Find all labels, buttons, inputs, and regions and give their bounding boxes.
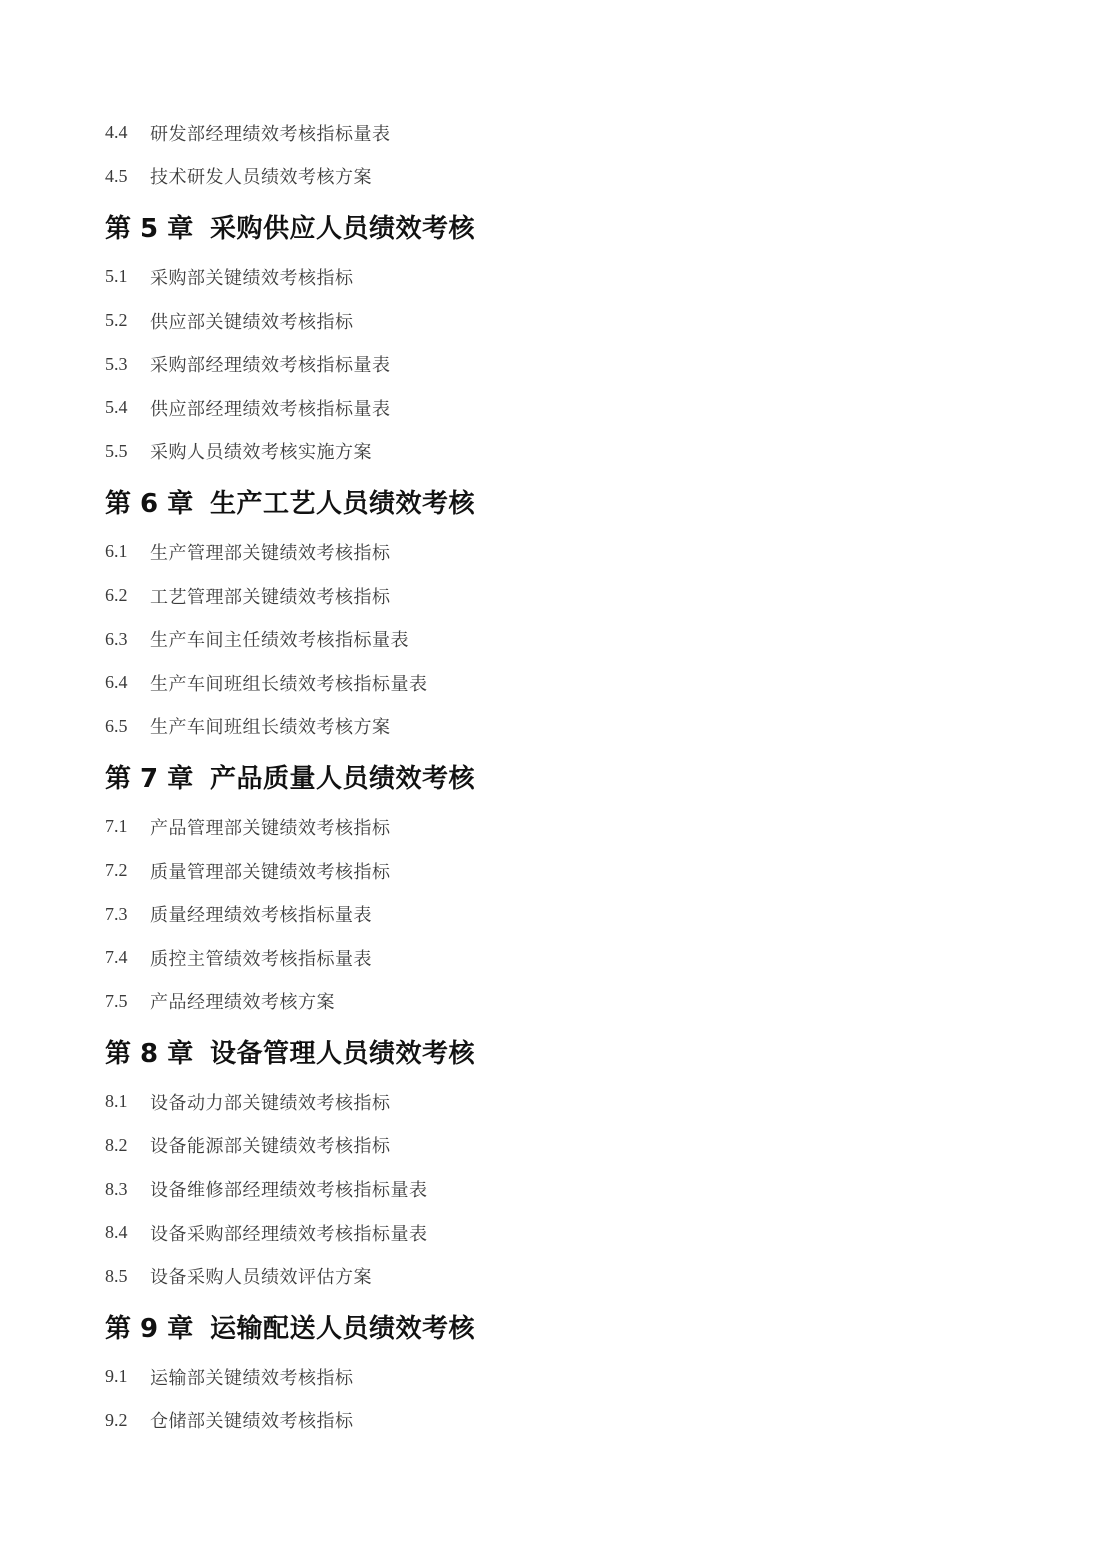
chapter-heading-9[interactable]: 第 9 章运输配送人员绩效考核	[105, 1298, 1005, 1355]
toc-item-6-5[interactable]: 6.5生产车间班组长绩效考核方案	[105, 705, 1005, 749]
toc-item-7-1[interactable]: 7.1产品管理部关键绩效考核指标	[105, 805, 1005, 849]
chapter-title: 产品质量人员绩效考核	[210, 758, 475, 795]
toc-item-6-4[interactable]: 6.4生产车间班组长绩效考核指标量表	[105, 661, 1005, 705]
chapter-number: 第 6 章	[105, 483, 210, 520]
toc-item-6-2[interactable]: 6.2工艺管理部关键绩效考核指标	[105, 574, 1005, 618]
item-number: 5.4	[105, 397, 150, 418]
chapter-number: 第 7 章	[105, 758, 210, 795]
item-number: 7.1	[105, 816, 150, 837]
item-title: 设备动力部关键绩效考核指标	[150, 1089, 391, 1115]
table-of-contents: 4.4研发部经理绩效考核指标量表 4.5技术研发人员绩效考核方案 第 5 章采购…	[105, 111, 1005, 1442]
chapter-title: 生产工艺人员绩效考核	[210, 483, 475, 520]
toc-item-7-5[interactable]: 7.5产品经理绩效考核方案	[105, 980, 1005, 1024]
toc-item-5-5[interactable]: 5.5采购人员绩效考核实施方案	[105, 430, 1005, 474]
chapter-heading-6[interactable]: 第 6 章生产工艺人员绩效考核	[105, 473, 1005, 530]
item-number: 7.2	[105, 860, 150, 881]
item-number: 6.5	[105, 716, 150, 737]
item-number: 8.3	[105, 1179, 150, 1200]
toc-item-7-3[interactable]: 7.3质量经理绩效考核指标量表	[105, 892, 1005, 936]
item-title: 生产车间主任绩效考核指标量表	[150, 626, 409, 652]
chapter-title: 设备管理人员绩效考核	[210, 1033, 475, 1070]
toc-item-8-1[interactable]: 8.1设备动力部关键绩效考核指标	[105, 1080, 1005, 1124]
toc-item-7-4[interactable]: 7.4质控主管绩效考核指标量表	[105, 936, 1005, 980]
item-title: 运输部关键绩效考核指标	[150, 1364, 354, 1390]
item-title: 采购部关键绩效考核指标	[150, 264, 354, 290]
chapter-title: 采购供应人员绩效考核	[210, 208, 475, 245]
toc-item-9-1[interactable]: 9.1运输部关键绩效考核指标	[105, 1355, 1005, 1399]
item-title: 质控主管绩效考核指标量表	[150, 945, 372, 971]
toc-item-5-4[interactable]: 5.4供应部经理绩效考核指标量表	[105, 386, 1005, 430]
item-number: 7.3	[105, 904, 150, 925]
item-number: 5.1	[105, 266, 150, 287]
item-title: 质量经理绩效考核指标量表	[150, 901, 372, 927]
item-number: 9.2	[105, 1410, 150, 1431]
toc-item-6-1[interactable]: 6.1生产管理部关键绩效考核指标	[105, 530, 1005, 574]
item-number: 5.3	[105, 354, 150, 375]
item-number: 7.5	[105, 991, 150, 1012]
toc-item-8-2[interactable]: 8.2设备能源部关键绩效考核指标	[105, 1124, 1005, 1168]
item-title: 生产车间班组长绩效考核指标量表	[150, 670, 428, 696]
chapter-heading-7[interactable]: 第 7 章产品质量人员绩效考核	[105, 748, 1005, 805]
item-title: 产品管理部关键绩效考核指标	[150, 814, 391, 840]
item-title: 技术研发人员绩效考核方案	[150, 163, 372, 189]
item-title: 供应部关键绩效考核指标	[150, 308, 354, 334]
toc-item-5-3[interactable]: 5.3采购部经理绩效考核指标量表	[105, 342, 1005, 386]
item-title: 设备能源部关键绩效考核指标	[150, 1132, 391, 1158]
item-title: 仓储部关键绩效考核指标	[150, 1407, 354, 1433]
item-number: 5.2	[105, 310, 150, 331]
item-number: 8.5	[105, 1266, 150, 1287]
item-number: 4.4	[105, 122, 150, 143]
item-title: 采购人员绩效考核实施方案	[150, 438, 372, 464]
item-number: 9.1	[105, 1366, 150, 1387]
chapter-heading-8[interactable]: 第 8 章设备管理人员绩效考核	[105, 1023, 1005, 1080]
toc-item-8-5[interactable]: 8.5设备采购人员绩效评估方案	[105, 1254, 1005, 1298]
item-title: 设备采购部经理绩效考核指标量表	[150, 1220, 428, 1246]
item-number: 5.5	[105, 441, 150, 462]
item-title: 设备采购人员绩效评估方案	[150, 1263, 372, 1289]
toc-item-9-2[interactable]: 9.2仓储部关键绩效考核指标	[105, 1399, 1005, 1443]
chapter-title: 运输配送人员绩效考核	[210, 1308, 475, 1345]
item-title: 质量管理部关键绩效考核指标	[150, 858, 391, 884]
chapter-number: 第 8 章	[105, 1033, 210, 1070]
item-number: 8.1	[105, 1091, 150, 1112]
toc-item-6-3[interactable]: 6.3生产车间主任绩效考核指标量表	[105, 617, 1005, 661]
item-number: 4.5	[105, 166, 150, 187]
chapter-number: 第 5 章	[105, 208, 210, 245]
toc-item-8-3[interactable]: 8.3设备维修部经理绩效考核指标量表	[105, 1167, 1005, 1211]
item-number: 6.2	[105, 585, 150, 606]
toc-item-5-2[interactable]: 5.2供应部关键绩效考核指标	[105, 299, 1005, 343]
toc-item-4-4[interactable]: 4.4研发部经理绩效考核指标量表	[105, 111, 1005, 155]
item-number: 6.3	[105, 629, 150, 650]
item-title: 产品经理绩效考核方案	[150, 988, 335, 1014]
item-title: 生产管理部关键绩效考核指标	[150, 539, 391, 565]
toc-item-5-1[interactable]: 5.1采购部关键绩效考核指标	[105, 255, 1005, 299]
toc-item-4-5[interactable]: 4.5技术研发人员绩效考核方案	[105, 155, 1005, 199]
chapter-heading-5[interactable]: 第 5 章采购供应人员绩效考核	[105, 198, 1005, 255]
item-number: 7.4	[105, 947, 150, 968]
item-title: 生产车间班组长绩效考核方案	[150, 713, 391, 739]
item-title: 研发部经理绩效考核指标量表	[150, 120, 391, 146]
toc-item-7-2[interactable]: 7.2质量管理部关键绩效考核指标	[105, 849, 1005, 893]
item-title: 设备维修部经理绩效考核指标量表	[150, 1176, 428, 1202]
item-title: 供应部经理绩效考核指标量表	[150, 395, 391, 421]
item-number: 8.4	[105, 1222, 150, 1243]
item-title: 工艺管理部关键绩效考核指标	[150, 583, 391, 609]
item-title: 采购部经理绩效考核指标量表	[150, 351, 391, 377]
item-number: 6.4	[105, 672, 150, 693]
item-number: 6.1	[105, 541, 150, 562]
item-number: 8.2	[105, 1135, 150, 1156]
chapter-number: 第 9 章	[105, 1308, 210, 1345]
toc-item-8-4[interactable]: 8.4设备采购部经理绩效考核指标量表	[105, 1211, 1005, 1255]
